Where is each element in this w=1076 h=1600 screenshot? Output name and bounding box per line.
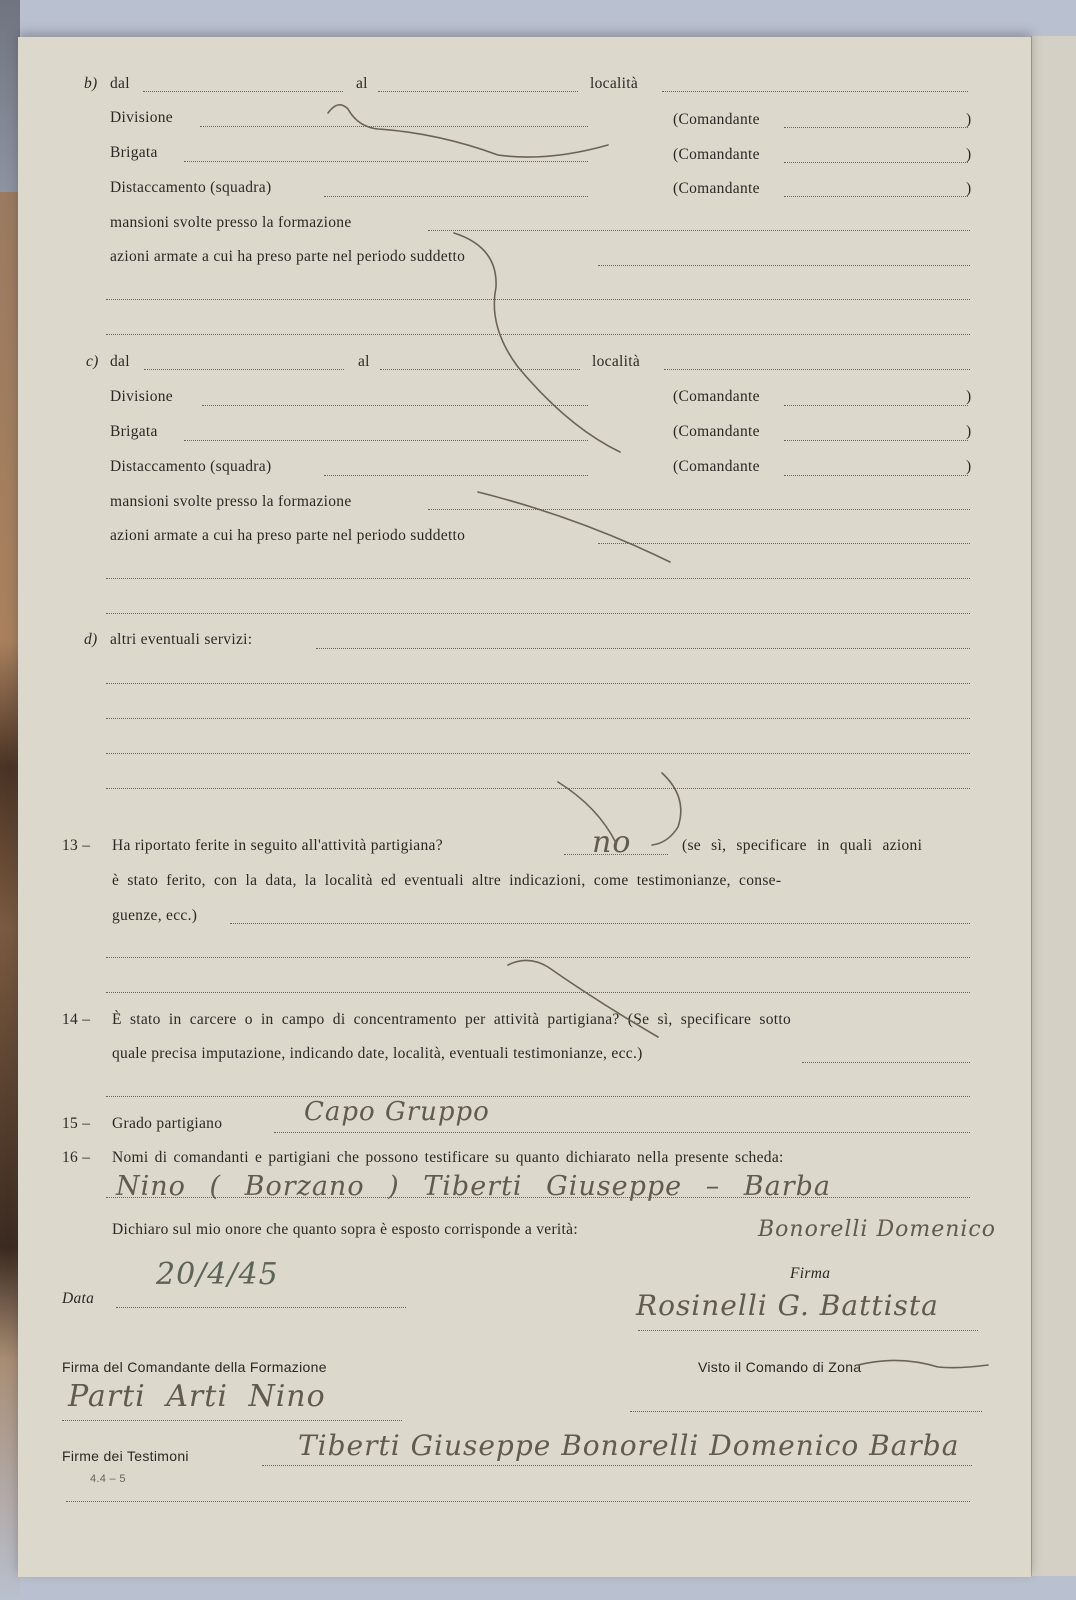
- section-b-distaccamento-comandante-label: (Comandante: [673, 180, 760, 198]
- q13-question-cont: (se sì, specificare in quali azioni: [682, 837, 922, 855]
- section-c-brigata-field[interactable]: [184, 440, 588, 441]
- witness-signature-line-2[interactable]: [66, 1501, 970, 1502]
- section-b-divisione-comandante-label: (Comandante: [673, 111, 760, 129]
- q16-answer-2: Bonorelli Domenico: [758, 1217, 996, 1242]
- section-c-azioni-label: azioni armate a cui ha preso parte nel p…: [110, 527, 465, 545]
- date-value: 20/4/45: [156, 1257, 279, 1292]
- footnote-mark: 4.4 – 5: [90, 1473, 126, 1485]
- section-c-distaccamento-label: Distaccamento (squadra): [110, 458, 271, 476]
- q13-details-line-3[interactable]: [106, 992, 970, 993]
- q15-number: 15 –: [62, 1115, 90, 1133]
- zone-command-label: Visto il Comando di Zona: [698, 1359, 861, 1375]
- section-c-distaccamento-field[interactable]: [324, 475, 588, 476]
- section-c-mansioni-label: mansioni svolte presso la formazione: [110, 493, 352, 511]
- section-d-field[interactable]: [316, 648, 970, 649]
- q16-number: 16 –: [62, 1149, 90, 1167]
- section-b-azioni-field[interactable]: [598, 265, 970, 266]
- commander-signature: Parti Arti Nino: [68, 1379, 326, 1414]
- section-c-brigata-comandante-field[interactable]: [784, 440, 968, 441]
- paren: ): [966, 388, 971, 406]
- section-c-dal-label: dal: [110, 353, 130, 371]
- section-b-brigata-comandante-field[interactable]: [784, 162, 968, 163]
- firma-field[interactable]: [638, 1330, 978, 1331]
- section-c-brigata-label: Brigata: [110, 423, 158, 441]
- section-c-divisione-field[interactable]: [202, 405, 588, 406]
- q13-question-line3: guenze, ecc.): [112, 907, 197, 925]
- q13-answer: no: [592, 825, 631, 860]
- q16-label: Nomi di comandanti e partigiani che poss…: [112, 1149, 784, 1167]
- paren: ): [966, 458, 971, 476]
- witness-signature-field[interactable]: [262, 1465, 972, 1466]
- section-c-brigata-comandante-label: (Comandante: [673, 423, 760, 441]
- section-b-brigata-field[interactable]: [184, 161, 588, 162]
- q14-question: È stato in carcere o in campo di concent…: [112, 1011, 791, 1029]
- section-b-localita-field[interactable]: [662, 91, 968, 92]
- q13-details-field[interactable]: [230, 923, 970, 924]
- section-b-localita-label: località: [590, 75, 638, 93]
- section-b-azioni-label: azioni armate a cui ha preso parte nel p…: [110, 248, 465, 266]
- section-b-azioni-line-2[interactable]: [106, 299, 970, 300]
- q13-question-line2: è stato ferito, con la data, la località…: [112, 872, 781, 890]
- section-c-mansioni-field[interactable]: [428, 509, 970, 510]
- section-d-marker: d): [84, 631, 98, 649]
- section-b-dal-field[interactable]: [143, 91, 343, 92]
- q13-question: Ha riportato ferite in seguito all'attiv…: [112, 837, 443, 855]
- section-c-localita-field[interactable]: [664, 369, 970, 370]
- section-d-line-5[interactable]: [106, 788, 970, 789]
- date-label: Data: [62, 1290, 94, 1308]
- section-b-distaccamento-field[interactable]: [324, 196, 588, 197]
- commander-signature-label: Firma del Comandante della Formazione: [62, 1359, 327, 1375]
- paren: ): [966, 146, 971, 164]
- section-c-divisione-comandante-label: (Comandante: [673, 388, 760, 406]
- q16-answer: Nino ( Borzano ) Tiberti Giuseppe – Barb…: [116, 1171, 831, 1202]
- section-d-label: altri eventuali servizi:: [110, 631, 252, 649]
- section-c-dal-field[interactable]: [144, 369, 344, 370]
- section-c-azioni-field[interactable]: [598, 543, 970, 544]
- section-b-al-field[interactable]: [378, 91, 578, 92]
- section-b-marker: b): [84, 75, 98, 93]
- section-c-azioni-line-3[interactable]: [106, 613, 970, 614]
- q14-details-line-2[interactable]: [106, 1096, 970, 1097]
- section-c-al-label: al: [358, 353, 370, 371]
- zone-command-field[interactable]: [630, 1411, 982, 1412]
- declaration-text: Dichiaro sul mio onore che quanto sopra …: [112, 1221, 578, 1239]
- form-page: b) dal al località Divisione (Comandante…: [18, 37, 1031, 1577]
- section-c-azioni-line-2[interactable]: [106, 578, 970, 579]
- section-c-divisione-comandante-field[interactable]: [784, 405, 968, 406]
- witness-signature-label: Firme dei Testimoni: [62, 1448, 189, 1464]
- paren: ): [966, 423, 971, 441]
- section-b-al-label: al: [356, 75, 368, 93]
- paren: ): [966, 111, 971, 129]
- section-c-marker: c): [86, 353, 99, 371]
- section-d-line-2[interactable]: [106, 683, 970, 684]
- section-b-brigata-label: Brigata: [110, 144, 158, 162]
- section-b-mansioni-label: mansioni svolte presso la formazione: [110, 214, 352, 232]
- q15-field[interactable]: [274, 1132, 970, 1133]
- q14-number: 14 –: [62, 1011, 90, 1029]
- section-c-distaccamento-comandante-field[interactable]: [784, 475, 968, 476]
- section-b-divisione-label: Divisione: [110, 109, 173, 127]
- date-field[interactable]: [116, 1307, 406, 1308]
- section-c-divisione-label: Divisione: [110, 388, 173, 406]
- section-c-distaccamento-comandante-label: (Comandante: [673, 458, 760, 476]
- q13-details-line-2[interactable]: [106, 957, 970, 958]
- section-b-divisione-field[interactable]: [200, 126, 588, 127]
- q14-details-field[interactable]: [802, 1062, 970, 1063]
- witness-signatures: Tiberti Giuseppe Bonorelli Domenico Barb…: [298, 1429, 959, 1462]
- q15-label: Grado partigiano: [112, 1115, 222, 1133]
- section-b-distaccamento-label: Distaccamento (squadra): [110, 179, 271, 197]
- section-b-distaccamento-comandante-field[interactable]: [784, 196, 968, 197]
- q13-number: 13 –: [62, 837, 90, 855]
- section-b-brigata-comandante-label: (Comandante: [673, 146, 760, 164]
- section-c-localita-label: località: [592, 353, 640, 371]
- section-c-al-field[interactable]: [380, 369, 580, 370]
- q14-question-line2: quale precisa imputazione, indicando dat…: [112, 1045, 643, 1063]
- section-d-line-3[interactable]: [106, 718, 970, 719]
- background-next-page: [1030, 36, 1076, 1576]
- firma-label: Firma: [790, 1265, 830, 1283]
- background-binding: [0, 0, 20, 1600]
- q15-answer: Capo Gruppo: [304, 1097, 490, 1127]
- commander-signature-field[interactable]: [62, 1420, 402, 1421]
- section-b-divisione-comandante-field[interactable]: [784, 127, 968, 128]
- paren: ): [966, 180, 971, 198]
- section-b-mansioni-field[interactable]: [428, 230, 970, 231]
- pen-strike-marks: [18, 37, 1031, 1577]
- section-d-line-4[interactable]: [106, 753, 970, 754]
- section-b-azioni-line-3[interactable]: [106, 334, 970, 335]
- section-b-dal-label: dal: [110, 75, 130, 93]
- firma-signature: Rosinelli G. Battista: [636, 1289, 939, 1322]
